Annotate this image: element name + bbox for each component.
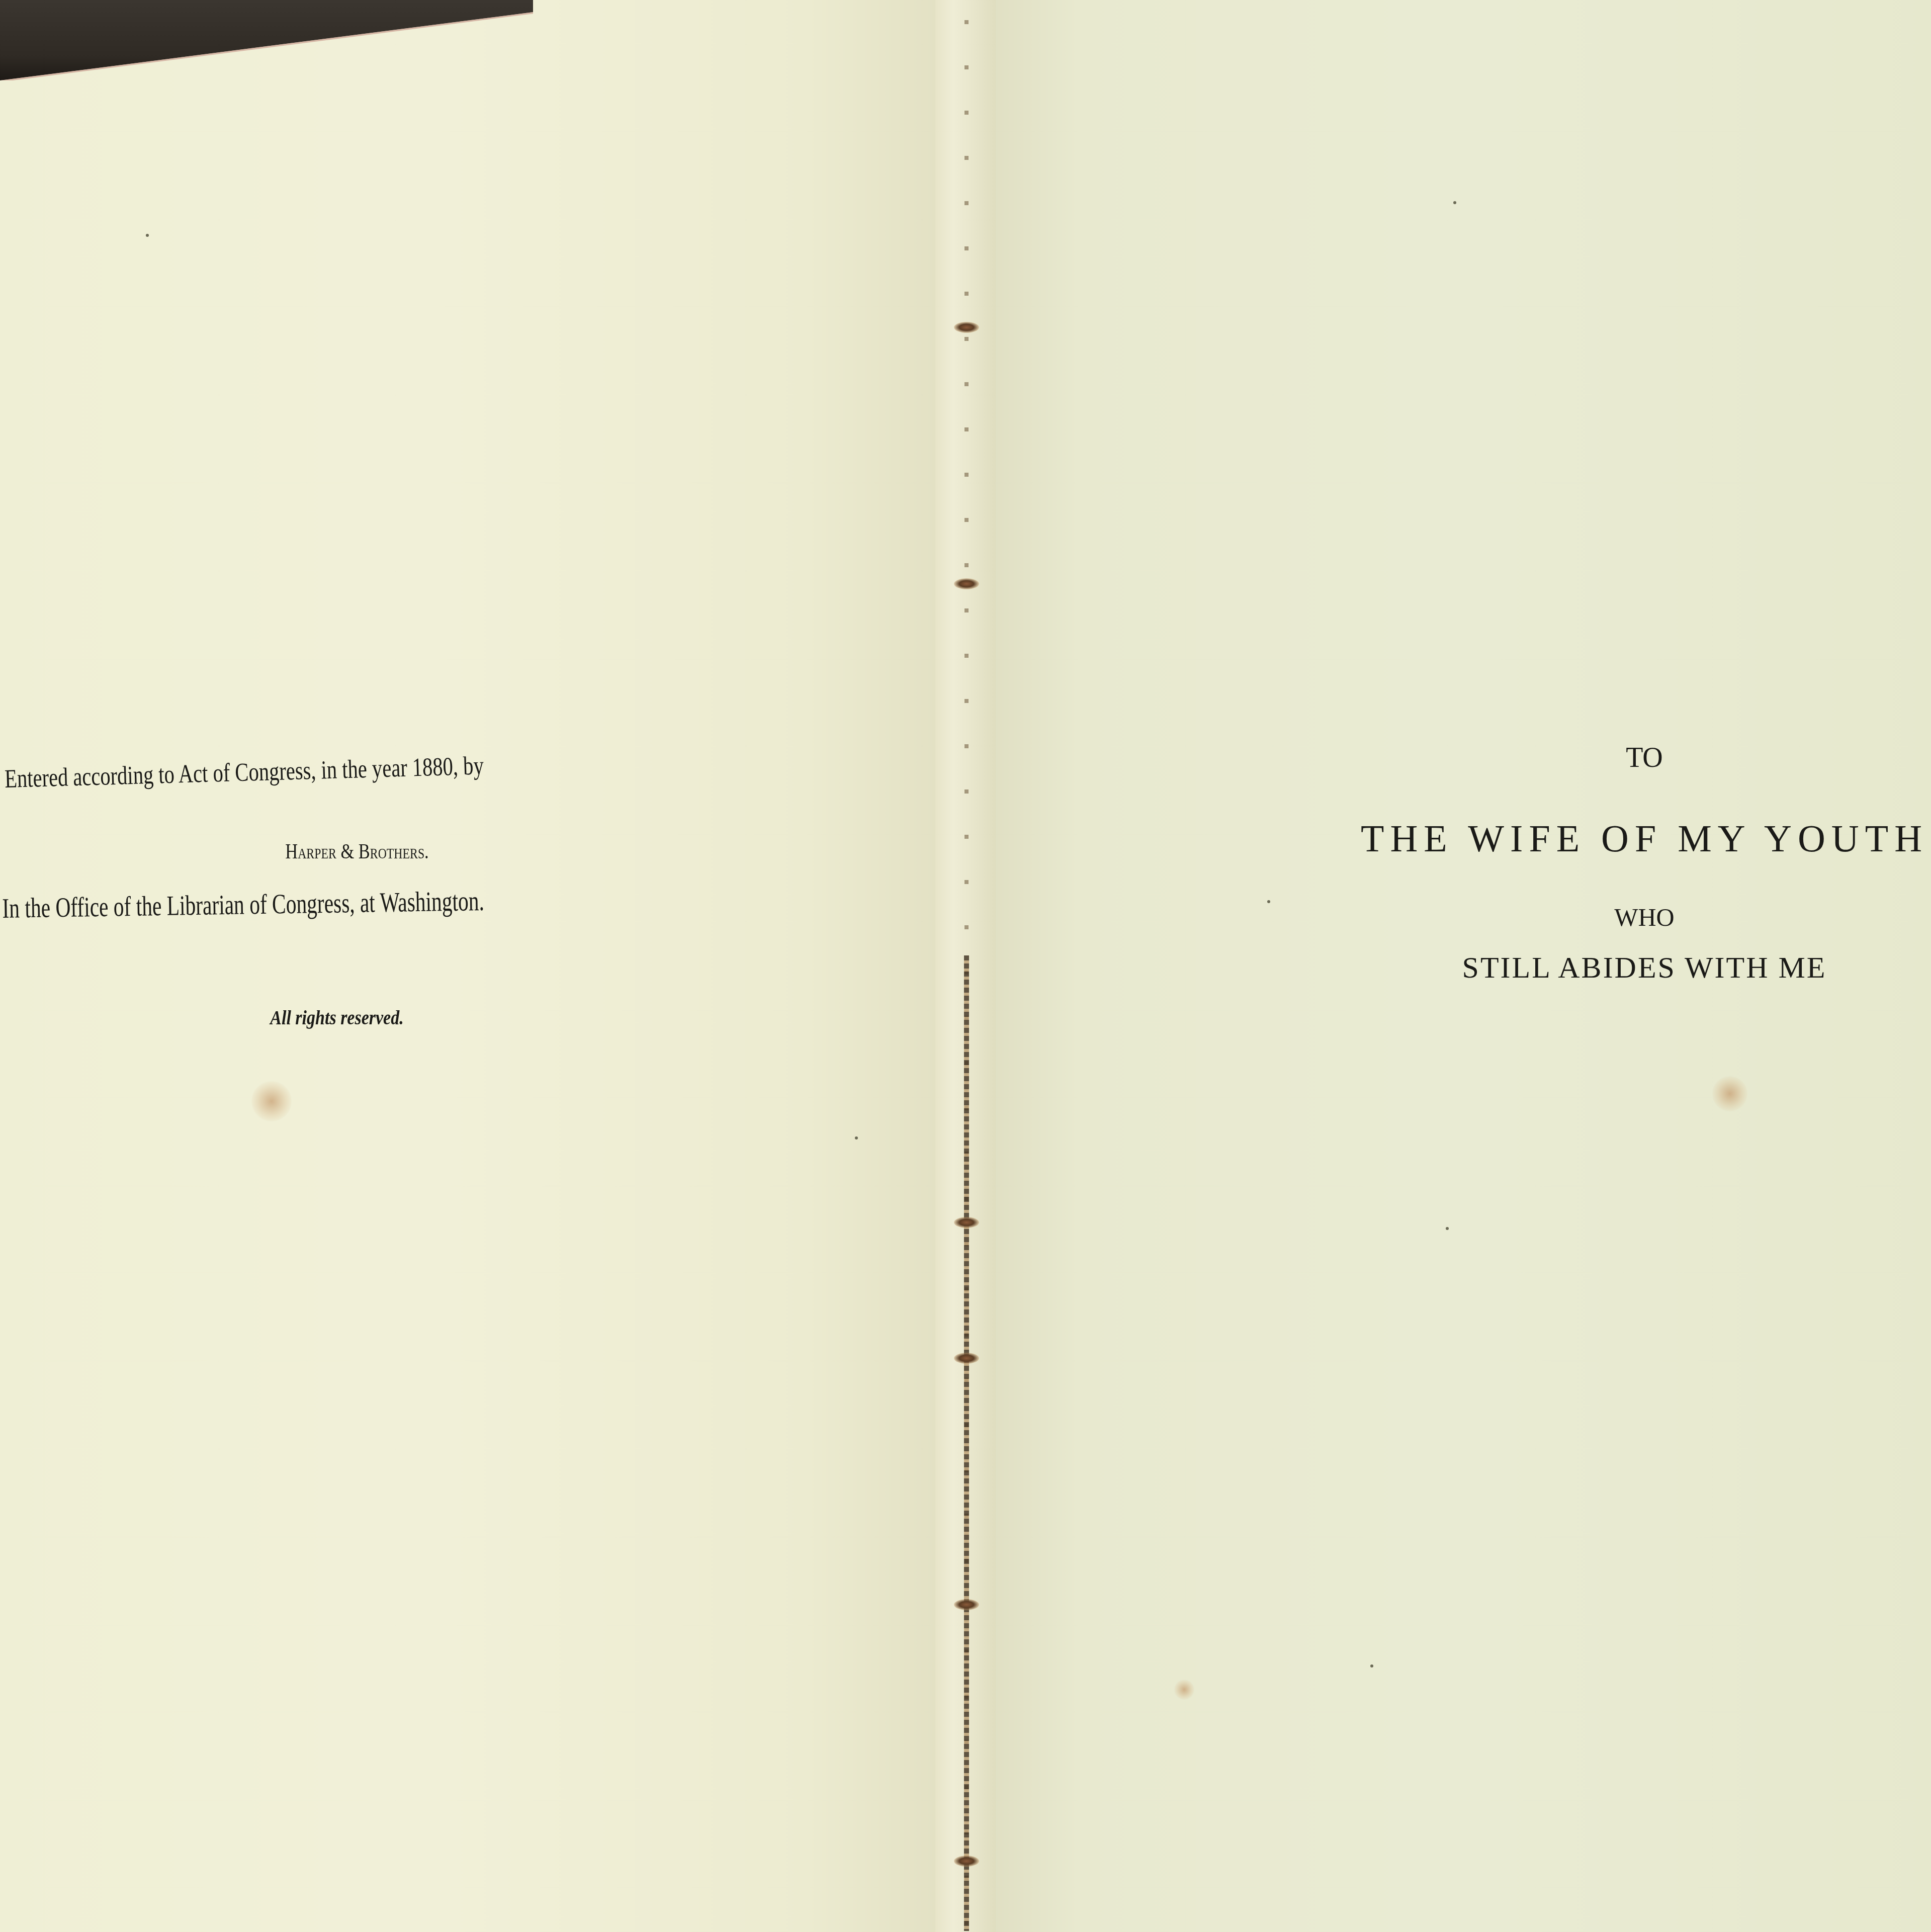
binding-knot bbox=[954, 1856, 979, 1867]
foxing-spot bbox=[251, 1081, 292, 1121]
binding-knot bbox=[954, 1217, 979, 1228]
binding-knot bbox=[954, 1353, 979, 1364]
dedication-to: TO bbox=[1358, 742, 1931, 774]
rights-reserved: All rights reserved. bbox=[51, 1006, 624, 1029]
paper-speck bbox=[146, 234, 149, 237]
copyright-publisher: Harper & Brothers. bbox=[64, 840, 650, 864]
paper-speck bbox=[1370, 1664, 1373, 1667]
paper-speck bbox=[1446, 1227, 1449, 1230]
paper-speck bbox=[1267, 900, 1270, 903]
dedication-who: WHO bbox=[1358, 903, 1931, 932]
paper-speck bbox=[855, 1136, 858, 1139]
dedication-recipient: THE WIFE OF MY YOUTH bbox=[1358, 817, 1931, 861]
paper-speck bbox=[1453, 201, 1456, 204]
foxing-spot bbox=[1174, 1680, 1194, 1700]
binding-stitch-lower bbox=[964, 955, 969, 1931]
foxing-spot bbox=[1712, 1076, 1747, 1111]
binding-knot bbox=[954, 578, 979, 589]
binding-knot bbox=[954, 1599, 979, 1610]
binding-knot bbox=[954, 322, 979, 333]
dedication-closing: STILL ABIDES WITH ME bbox=[1358, 950, 1931, 985]
left-page bbox=[0, 0, 945, 1932]
